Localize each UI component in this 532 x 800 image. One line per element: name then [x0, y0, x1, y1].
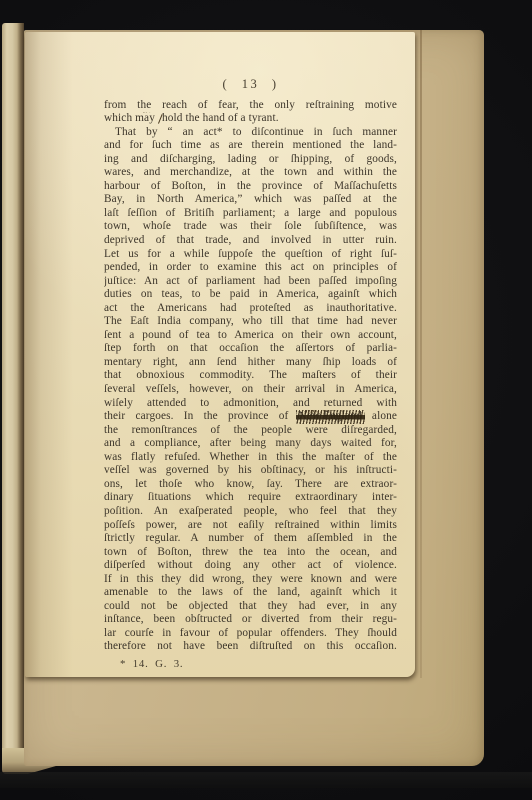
text-line: If in this they did wrong, they were kno…: [104, 573, 397, 587]
footnote: * 14. G. 3.: [104, 658, 397, 672]
body-text: from the reach of fear, the only reſtrai…: [104, 99, 397, 654]
text-line: which maywithhold the hand of a tyrant.: [104, 112, 397, 126]
text-line: poſſeſs power, are not eaſily reſtrained…: [104, 519, 397, 533]
text-line: wiſely attended to admonition, and retur…: [104, 397, 397, 411]
text-line: pended, in order to examine this act on …: [104, 261, 397, 275]
text-line: Bay, in North America,” which was paſſed…: [104, 193, 397, 207]
text-line: their cargoes. In the province of New En…: [104, 410, 397, 424]
text-line: that obnoxious commodity. The maſters of…: [104, 369, 397, 383]
struck-out-words: New EnglandMaſſachuſets: [299, 410, 362, 424]
text-line: deprived of that trade, and involved in …: [104, 234, 397, 248]
page-fore-edges: [2, 23, 24, 772]
text-line: wares, and merchandize, at the town and …: [104, 166, 397, 180]
text-line: ſeveral veſſels, however, on their arriv…: [104, 383, 397, 397]
text-line: inſtance, been obſtructed or diverted fr…: [104, 613, 397, 627]
book-photo: ( 13 ) from the reach of fear, the only …: [0, 0, 532, 800]
text-line: ſent a pound of tea to America on their …: [104, 329, 397, 343]
text-line: town of Boſton, threw the tea into the o…: [104, 546, 397, 560]
book-page: ( 13 ) from the reach of fear, the only …: [24, 30, 484, 766]
pasted-leaf: ( 13 ) from the reach of fear, the only …: [25, 32, 415, 677]
text-line: from the reach of fear, the only reſtrai…: [104, 99, 397, 113]
text-line: dinary ſituations which require extraord…: [104, 491, 397, 505]
text-line: therefore not have been diſtruſted on th…: [104, 640, 397, 654]
table-edge-shadow: [0, 772, 532, 788]
text-line: juſtice: An act of parliament had been p…: [104, 275, 397, 289]
text-line: laſt ſeſſion of Britiſh parliament; a la…: [104, 207, 397, 221]
text-line: The Eaſt India company, who till that ti…: [104, 315, 397, 329]
text-line: harbour of Boſton, in the province of Ma…: [104, 180, 397, 194]
handwritten-insertion: with: [155, 112, 162, 126]
page-number-header: ( 13 ): [104, 78, 397, 92]
text-line: Let us for a while ſuppoſe the queſtion …: [104, 248, 397, 262]
text-line: was flatly refuſed. Whether in this the …: [104, 451, 397, 465]
text-line: poſition. An exaſperated people, who fee…: [104, 505, 397, 519]
text-line: and for ſuch time as are therein mention…: [104, 139, 397, 153]
text-line: act the Americans had proteſted as inaut…: [104, 302, 397, 316]
text-line: ſtep forth on that occaſion the aſſertor…: [104, 342, 397, 356]
text-line: lar courſe in favour of popular offender…: [104, 627, 397, 641]
text-line: ing and diſcharging, lading or ſhipping,…: [104, 153, 397, 167]
page-crease: [420, 30, 422, 678]
text-line: ſtrictly regular. A number of them aſſem…: [104, 532, 397, 546]
text-line: could not be objected that they had ever…: [104, 600, 397, 614]
text-line: the remonſtrances of the people were diſ…: [104, 424, 397, 438]
text-line: ons, let thoſe who know, ſay. There are …: [104, 478, 397, 492]
text-line: amenable to the laws of the land, againſ…: [104, 586, 397, 600]
printed-text-block: ( 13 ) from the reach of fear, the only …: [104, 78, 397, 672]
text-line: diſperſed without doing any other act of…: [104, 559, 397, 573]
text-line: duties on teas, to be paid in America, a…: [104, 288, 397, 302]
text-line: mentary right, ann ſend hither many ſhip…: [104, 356, 397, 370]
text-line: veſſel was governed by his obſtinacy, or…: [104, 464, 397, 478]
text-line: That by “ an act* to diſcontinue in ſuch…: [104, 126, 397, 140]
text-line: town, whoſe trade was their ſole ſubſiſt…: [104, 220, 397, 234]
text-line: and a compliance, after being many days …: [104, 437, 397, 451]
